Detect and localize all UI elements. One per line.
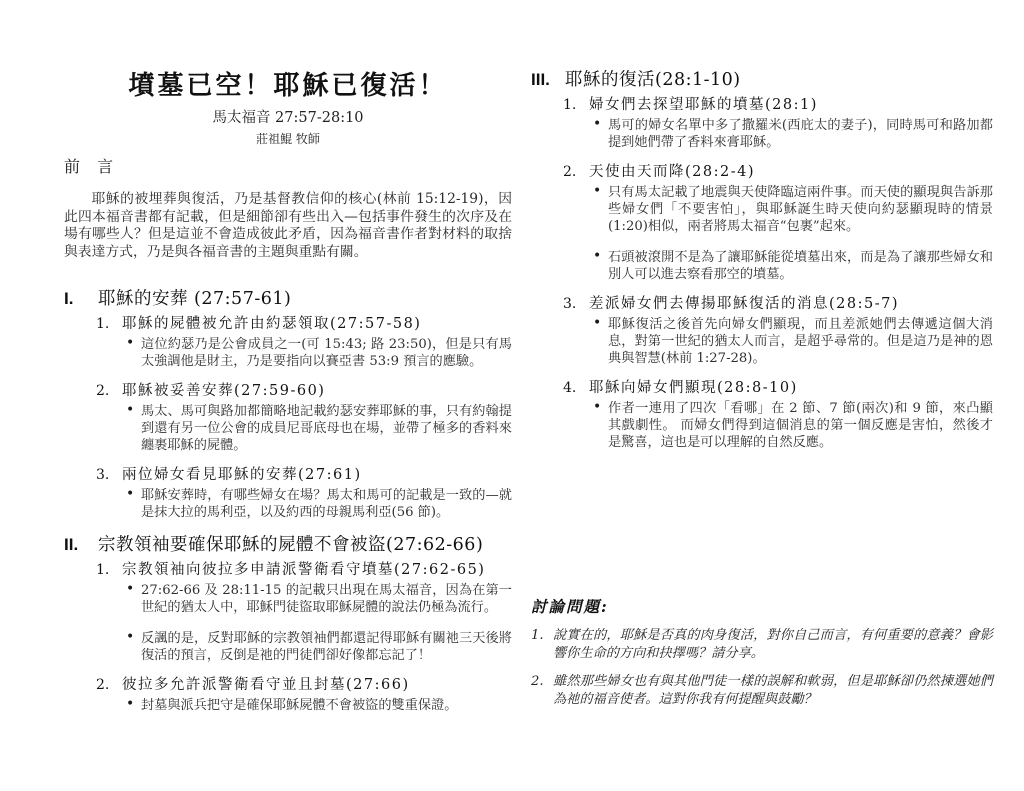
discussion-heading: 討論問題: — [531, 596, 993, 618]
bullet-item: 耶穌復活之後首先向婦女們顯現，而且差派她們去傳遞這個大消息，對第一世紀的猶太人而… — [591, 316, 993, 367]
item-heading: 3. 差派婦女們去傳揚耶穌復活的消息(28:5-7) — [563, 295, 993, 314]
item-heading: 2. 天使由天而降(28:2-4) — [563, 163, 993, 182]
outline-item: 4. 耶穌向婦女們顯現(28:8-10) 作者一連用了四次「看哪」在 2 節、7… — [563, 379, 993, 451]
section-heading: I. 耶穌的安葬 (27:57-61) — [64, 287, 512, 311]
question-text: 雖然那些婦女也有與其他門徒一樣的誤解和軟弱，但是耶穌卻仍然揀選她們為祂的福音使者… — [553, 673, 993, 709]
left-column: 墳墓已空！耶穌已復活！ 馬太福音 27:57-28:10 莊祖鯤 牧師 前 言 … — [64, 56, 512, 726]
outline-item: 1. 婦女們去探望耶穌的墳墓(28:1) 馬可的婦女名單中多了撒羅米(西庇太的妻… — [563, 96, 993, 151]
item-title: 耶穌被妥善安葬(27:59-60) — [122, 382, 325, 401]
question-number: 2. — [531, 673, 553, 709]
item-title: 宗教領袖向彼拉多申請派警衛看守墳墓(27:62-65) — [122, 561, 485, 580]
item-number: 3. — [563, 295, 589, 314]
section-numeral: III. — [531, 68, 565, 91]
outline-item: 3. 兩位婦女看見耶穌的安葬(27:61) 耶穌安葬時，有哪些婦女在場？馬太和馬… — [96, 466, 512, 521]
right-column: III. 耶穌的復活(28:1-10) 1. 婦女們去探望耶穌的墳墓(28:1)… — [531, 56, 993, 719]
item-heading: 4. 耶穌向婦女們顯現(28:8-10) — [563, 379, 993, 398]
item-number: 3. — [96, 466, 122, 485]
bullet-list: 馬太、馬可與路加都簡略地記載約瑟安葬耶穌的事，只有約翰提到還有另一位公會的成員尼… — [124, 403, 512, 454]
section-i: I. 耶穌的安葬 (27:57-61) 1. 耶穌的屍體被允許由約瑟領取(27:… — [64, 287, 512, 521]
item-number: 1. — [96, 561, 122, 580]
bullet-list: 封墓與派兵把守是確保耶穌屍體不會被盜的雙重保證。 — [124, 697, 512, 714]
document-page: 墳墓已空！耶穌已復活！ 馬太福音 27:57-28:10 莊祖鯤 牧師 前 言 … — [0, 0, 1024, 791]
bullet-list: 馬可的婦女名單中多了撒羅米(西庇太的妻子)，同時馬可和路加都提到她們帶了香料來膏… — [591, 117, 993, 151]
item-title: 差派婦女們去傳揚耶穌復活的消息(28:5-7) — [589, 295, 899, 314]
author-line: 莊祖鯤 牧師 — [64, 131, 512, 148]
item-number: 1. — [96, 315, 122, 334]
item-heading: 2. 彼拉多允許派警衛看守並且封墓(27:66) — [96, 676, 512, 695]
item-number: 4. — [563, 379, 589, 398]
section-title: 宗教領袖要確保耶穌的屍體不會被盜(27:62-66) — [98, 534, 483, 557]
item-heading: 1. 婦女們去探望耶穌的墳墓(28:1) — [563, 96, 993, 115]
item-title: 天使由天而降(28:2-4) — [589, 163, 755, 182]
bullet-item: 只有馬太記載了地震與天使降臨這兩件事。而天使的顯現與告訴那些婦女們「不要害怕」，… — [591, 184, 993, 235]
section-ii: II. 宗教領袖要確保耶穌的屍體不會被盜(27:62-66) 1. 宗教領袖向彼… — [64, 533, 512, 714]
bullet-item: 石頭被滾開不是為了讓耶穌能從墳墓出來，而是為了讓那些婦女和別人可以進去察看那空的… — [591, 249, 993, 283]
bullet-item: 馬太、馬可與路加都簡略地記載約瑟安葬耶穌的事，只有約翰提到還有另一位公會的成員尼… — [124, 403, 512, 454]
bullet-list: 作者一連用了四次「看哪」在 2 節、7 節(兩次)和 9 節，來凸顯其戲劇性。 … — [591, 400, 993, 451]
bullet-item: 反諷的是，反對耶穌的宗教領袖們都還記得耶穌有關祂三天後將復活的預言，反倒是祂的門… — [124, 630, 512, 664]
outline-item: 2. 天使由天而降(28:2-4) 只有馬太記載了地震與天使降臨這兩件事。而天使… — [563, 163, 993, 283]
item-title: 婦女們去探望耶穌的墳墓(28:1) — [589, 96, 818, 115]
section-iii: III. 耶穌的復活(28:1-10) 1. 婦女們去探望耶穌的墳墓(28:1)… — [531, 68, 993, 451]
discussion-question: 2. 雖然那些婦女也有與其他門徒一樣的誤解和軟弱，但是耶穌卻仍然揀選她們為祂的福… — [531, 673, 993, 709]
outline-item: 3. 差派婦女們去傳揚耶穌復活的消息(28:5-7) 耶穌復活之後首先向婦女們顯… — [563, 295, 993, 367]
outline-item: 1. 耶穌的屍體被允許由約瑟領取(27:57-58) 這位約瑟乃是公會成員之一(… — [96, 315, 512, 370]
bullet-list: 耶穌復活之後首先向婦女們顯現，而且差派她們去傳遞這個大消息，對第一世紀的猶太人而… — [591, 316, 993, 367]
bullet-list: 只有馬太記載了地震與天使降臨這兩件事。而天使的顯現與告訴那些婦女們「不要害怕」，… — [591, 184, 993, 283]
item-heading: 2. 耶穌被妥善安葬(27:59-60) — [96, 382, 512, 401]
bullet-item: 封墓與派兵把守是確保耶穌屍體不會被盜的雙重保證。 — [124, 697, 512, 714]
bullet-item: 馬可的婦女名單中多了撒羅米(西庇太的妻子)，同時馬可和路加都提到她們帶了香料來膏… — [591, 117, 993, 151]
outline-item: 2. 耶穌被妥善安葬(27:59-60) 馬太、馬可與路加都簡略地記載約瑟安葬耶… — [96, 382, 512, 454]
item-title: 耶穌的屍體被允許由約瑟領取(27:57-58) — [122, 315, 421, 334]
item-heading: 1. 耶穌的屍體被允許由約瑟領取(27:57-58) — [96, 315, 512, 334]
discussion-question: 1. 說實在的，耶穌是否真的肉身復活，對你自己而言，有何重要的意義？會影響你生命… — [531, 627, 993, 663]
bullet-list: 這位約瑟乃是公會成員之一(可 15:43; 路 23:50)，但是只有馬太強調他… — [124, 336, 512, 370]
bullet-item: 作者一連用了四次「看哪」在 2 節、7 節(兩次)和 9 節，來凸顯其戲劇性。 … — [591, 400, 993, 451]
section-numeral: II. — [64, 533, 98, 556]
item-heading: 1. 宗教領袖向彼拉多申請派警衛看守墳墓(27:62-65) — [96, 561, 512, 580]
item-number: 1. — [563, 96, 589, 115]
section-heading: II. 宗教領袖要確保耶穌的屍體不會被盜(27:62-66) — [64, 533, 512, 557]
bullet-list: 27:62-66 及 28:11-15 的記載只出現在馬太福音，因為在第一世紀的… — [124, 582, 512, 664]
preface-paragraph: 耶穌的被埋葬與復活，乃是基督教信仰的核心(林前 15:12-19)，因此四本福音… — [64, 191, 512, 261]
item-heading: 3. 兩位婦女看見耶穌的安葬(27:61) — [96, 466, 512, 485]
preface-heading: 前 言 — [64, 156, 512, 178]
section-numeral: I. — [64, 287, 98, 310]
bullet-item: 27:62-66 及 28:11-15 的記載只出現在馬太福音，因為在第一世紀的… — [124, 582, 512, 616]
outline-item: 2. 彼拉多允許派警衛看守並且封墓(27:66) 封墓與派兵把守是確保耶穌屍體不… — [96, 676, 512, 714]
scripture-reference: 馬太福音 27:57-28:10 — [64, 108, 512, 128]
question-text: 說實在的，耶穌是否真的肉身復活，對你自己而言，有何重要的意義？會影響你生命的方向… — [553, 627, 993, 663]
item-title: 兩位婦女看見耶穌的安葬(27:61) — [122, 466, 362, 485]
bullet-item: 耶穌安葬時，有哪些婦女在場？馬太和馬可的記載是一致的—就是抹大拉的馬利亞，以及約… — [124, 487, 512, 521]
item-number: 2. — [563, 163, 589, 182]
section-title: 耶穌的安葬 (27:57-61) — [98, 288, 291, 311]
page-title: 墳墓已空！耶穌已復活！ — [64, 68, 512, 104]
item-number: 2. — [96, 676, 122, 695]
item-title: 耶穌向婦女們顯現(28:8-10) — [589, 379, 798, 398]
item-title: 彼拉多允許派警衛看守並且封墓(27:66) — [122, 676, 410, 695]
item-number: 2. — [96, 382, 122, 401]
discussion-section: 討論問題: 1. 說實在的，耶穌是否真的肉身復活，對你自己而言，有何重要的意義？… — [531, 596, 993, 709]
bullet-item: 這位約瑟乃是公會成員之一(可 15:43; 路 23:50)，但是只有馬太強調他… — [124, 336, 512, 370]
bullet-list: 耶穌安葬時，有哪些婦女在場？馬太和馬可的記載是一致的—就是抹大拉的馬利亞，以及約… — [124, 487, 512, 521]
section-heading: III. 耶穌的復活(28:1-10) — [531, 68, 993, 92]
question-number: 1. — [531, 627, 553, 663]
section-title: 耶穌的復活(28:1-10) — [565, 69, 741, 92]
outline-item: 1. 宗教領袖向彼拉多申請派警衛看守墳墓(27:62-65) 27:62-66 … — [96, 561, 512, 664]
